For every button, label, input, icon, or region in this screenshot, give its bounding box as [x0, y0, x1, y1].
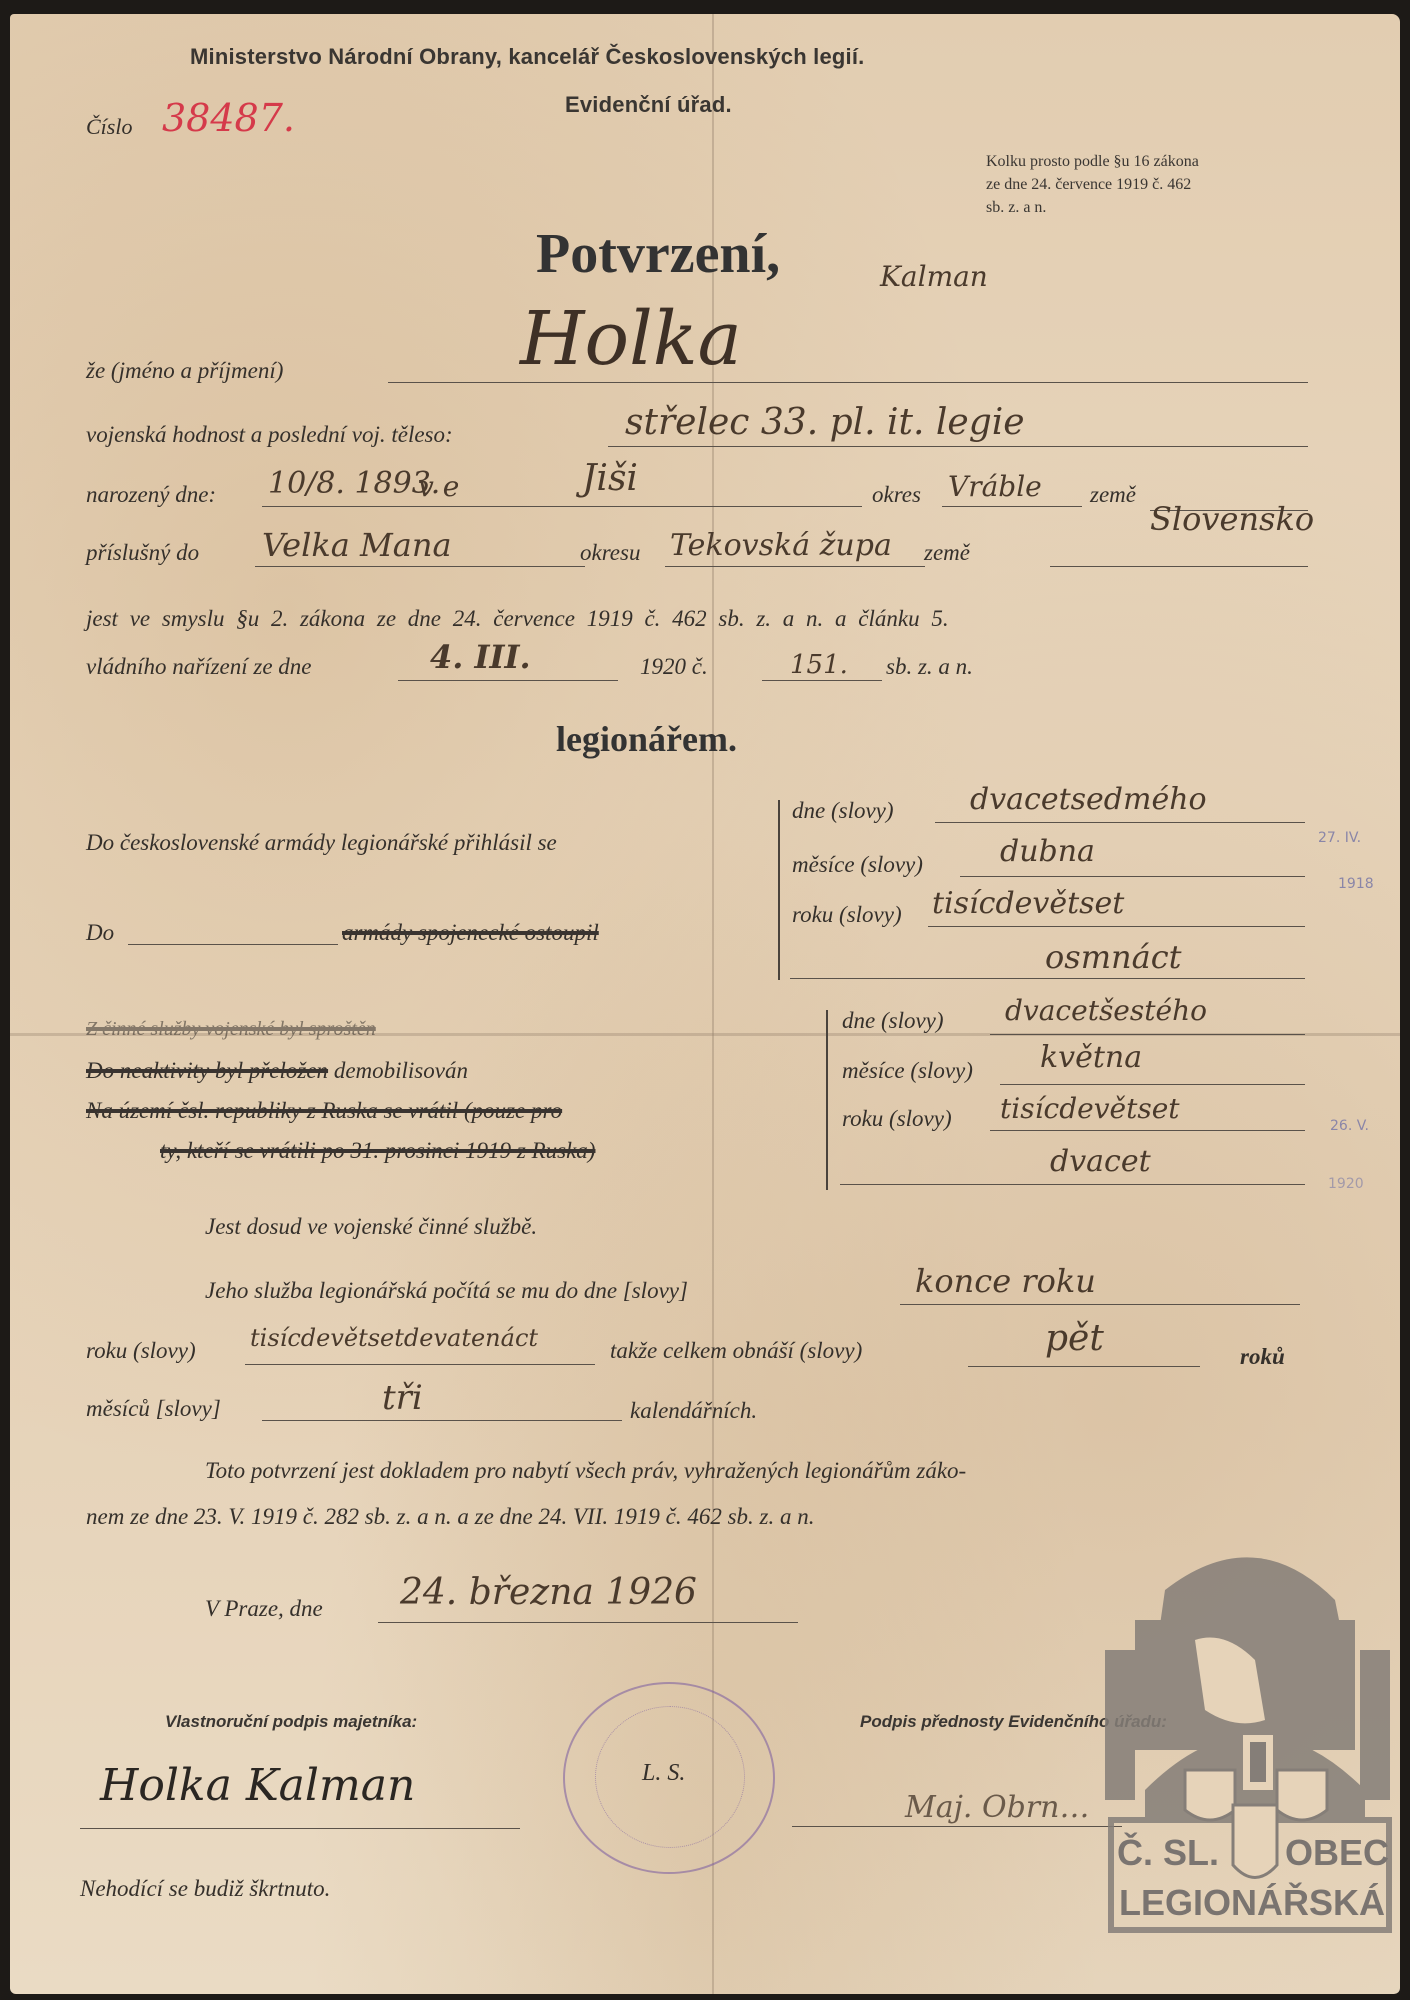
issued-date-value: 24. března 1926	[400, 1572, 697, 1613]
months-value: tři	[382, 1378, 423, 1418]
decree-no-value: 151.	[790, 650, 848, 680]
enlist-month-underline	[960, 876, 1305, 877]
service-year-value: tisícdevětsetdevatenáct	[250, 1324, 538, 1352]
born-place-value: Jiši	[582, 458, 638, 499]
enlist-year-label: roku (slovy)	[792, 902, 902, 928]
rank-underline	[608, 446, 1308, 447]
district-underline	[942, 506, 1082, 507]
years-unit: roků	[1240, 1344, 1285, 1370]
number-label: Číslo	[86, 114, 132, 140]
enlist-year-value-1: tisícdevětset	[932, 886, 1124, 921]
enlist-day-underline	[935, 822, 1305, 823]
belongs-district-underline	[665, 566, 925, 567]
discharge-month-label: měsíce (slovy)	[842, 1058, 973, 1084]
total-years-value: pět	[1045, 1318, 1104, 1359]
service-year-label: roku (slovy)	[86, 1338, 196, 1364]
stamp-duty-note: Kolku prosto podle §u 16 zákona ze dne 2…	[986, 150, 1199, 219]
country-label: země	[1090, 482, 1136, 508]
head-signature: Maj. Obrn…	[905, 1790, 1089, 1825]
name-underline	[388, 382, 1308, 383]
country-value: Slovensko	[1150, 500, 1314, 538]
months-unit: kalendářních.	[630, 1398, 757, 1424]
months-underline	[262, 1420, 622, 1421]
discharge-bracket	[826, 1010, 828, 1190]
discharge-struck-line-1: Do neaktivity byl přeložen	[86, 1058, 328, 1083]
discharge-struck-line-0: Z činné služby vojenské byl sproštěn	[86, 1018, 376, 1041]
enlist-year-underline	[928, 926, 1305, 927]
stamp-duty-line-2: ze dne 24. července 1919 č. 462	[986, 173, 1199, 196]
discharge-year-value-1: tisícdevětset	[1000, 1092, 1180, 1125]
office-heading: Evidenční úřad.	[565, 92, 732, 118]
stamp-duty-line-3: sb. z. a n.	[986, 196, 1199, 219]
document-title: Potvrzení,	[536, 222, 780, 286]
certificate-text-line-2: nem ze dne 23. V. 1919 č. 282 sb. z. a n…	[86, 1504, 814, 1530]
belongs-underline	[255, 566, 585, 567]
law-text-suffix: sb. z. a n.	[886, 654, 973, 680]
decree-date-value: 4. III.	[430, 638, 531, 676]
total-label: takže celkem obnáší (slovy)	[610, 1338, 862, 1364]
transferred-underline	[128, 944, 338, 945]
name-label: že (jméno a příjmení)	[86, 358, 283, 384]
discharge-struck-line-3: ty, kteří se vrátili po 31. prosinci 191…	[160, 1138, 595, 1164]
enlist-month-label: měsíce (slovy)	[792, 852, 923, 878]
born-date-value: 10/8. 1893.	[268, 466, 440, 501]
decree-year: 1920 č.	[640, 654, 708, 680]
enlistment-bracket	[778, 800, 780, 980]
belongs-label: příslušný do	[86, 540, 199, 566]
transferred-prefix: Do	[86, 920, 114, 946]
enlist-year-underline-2	[790, 978, 1305, 979]
discharge-day-label: dne (slovy)	[842, 1008, 944, 1034]
watermark-text-left: Č. SL.	[1117, 1832, 1219, 1874]
seal-label: L. S.	[642, 1760, 685, 1787]
belongs-country-underline	[1050, 566, 1308, 567]
born-label: narozený dne:	[86, 482, 216, 508]
legion-watermark-logo: Č. SL. OBEC LEGIONÁŘSKÁ	[1105, 1530, 1405, 1970]
certificate-text-line-1: Toto potvrzení jest dokladem pro nabytí …	[205, 1458, 966, 1484]
rank-value: střelec 33. pl. it. legie	[625, 402, 1025, 443]
born-underline	[262, 506, 862, 507]
pencil-note-discharge-date: 26. V.	[1330, 1118, 1369, 1134]
owner-signature-underline	[80, 1828, 520, 1829]
born-in-label: v e	[418, 470, 459, 503]
belongs-district-label: okresu	[580, 540, 640, 566]
footer-note: Nehodící se budiž škrtnuto.	[80, 1876, 330, 1902]
district-label: okres	[872, 482, 921, 508]
stamp-duty-line-1: Kolku prosto podle §u 16 zákona	[986, 150, 1199, 173]
pencil-note-enlist-date: 27. IV.	[1318, 830, 1361, 846]
months-label: měsíců [slovy]	[86, 1396, 221, 1422]
document-subtitle: legionářem.	[556, 718, 737, 760]
watermark-text-bottom: LEGIONÁŘSKÁ	[1119, 1882, 1385, 1924]
active-duty-text: Jest dosud ve vojenské činné službě.	[205, 1214, 537, 1240]
decree-no-underline	[762, 680, 882, 681]
enlist-day-value: dvacetsedmého	[970, 782, 1207, 817]
ministry-heading: Ministerstvo Národní Obrany, kancelář Če…	[190, 44, 864, 70]
discharge-year-label: roku (slovy)	[842, 1106, 952, 1132]
first-name-value: Kalman	[880, 260, 988, 293]
total-underline	[968, 1366, 1200, 1367]
counted-value: konce roku	[915, 1262, 1096, 1300]
belongs-district-value: Tekovská župa	[670, 528, 892, 563]
discharge-day-underline	[990, 1034, 1305, 1035]
law-text-line-1: jest ve smyslu §u 2. zákona ze dne 24. č…	[86, 606, 949, 632]
service-year-underline	[245, 1364, 595, 1365]
belongs-country-label: země	[924, 540, 970, 566]
owner-signature: Holka Kalman	[100, 1760, 415, 1811]
belongs-value: Velka Mana	[262, 526, 452, 564]
discharge-year-value-2: dvacet	[1050, 1144, 1151, 1179]
discharge-struck-line-2: Na území čsl. republiky z Ruska se vráti…	[86, 1098, 562, 1124]
law-text-prefix: vládního nařízení ze dne	[86, 654, 312, 680]
rank-label: vojenská hodnost a poslední voj. těleso:	[86, 422, 453, 448]
issued-place-label: V Praze, dne	[205, 1596, 323, 1622]
discharge-day-value: dvacetšestého	[1005, 994, 1207, 1027]
transferred-struck-text: armády spojenecké ostoupil	[342, 920, 599, 946]
counted-label: Jeho služba legionářská počítá se mu do …	[205, 1278, 688, 1304]
enlist-year-value-2: osmnáct	[1045, 938, 1182, 976]
district-value: Vráble	[948, 470, 1042, 503]
issued-date-underline	[378, 1622, 798, 1623]
owner-signature-label: Vlastnoruční podpis majetníka:	[165, 1712, 417, 1732]
surname-value: Holka	[520, 296, 742, 382]
counted-underline	[900, 1304, 1300, 1305]
pencil-note-enlist-year: 1918	[1338, 876, 1374, 892]
discharge-month-underline	[1000, 1084, 1305, 1085]
head-signature-underline	[792, 1826, 1122, 1827]
discharge-line-1: Do neaktivity byl přeložen demobilisován	[86, 1058, 468, 1084]
document-number: 38487.	[162, 96, 295, 140]
enlist-month-value: dubna	[1000, 834, 1095, 869]
joined-text: Do československé armády legionářské při…	[86, 830, 557, 856]
enlist-day-label: dne (slovy)	[792, 798, 894, 824]
discharge-kept-text: demobilisován	[334, 1058, 468, 1083]
decree-date-underline	[398, 680, 618, 681]
discharge-month-value: května	[1040, 1040, 1142, 1075]
discharge-year-underline	[990, 1130, 1305, 1131]
watermark-text-right: OBEC	[1285, 1832, 1389, 1874]
discharge-year-underline-2	[840, 1184, 1305, 1185]
pencil-note-discharge-year: 1920	[1328, 1176, 1364, 1192]
